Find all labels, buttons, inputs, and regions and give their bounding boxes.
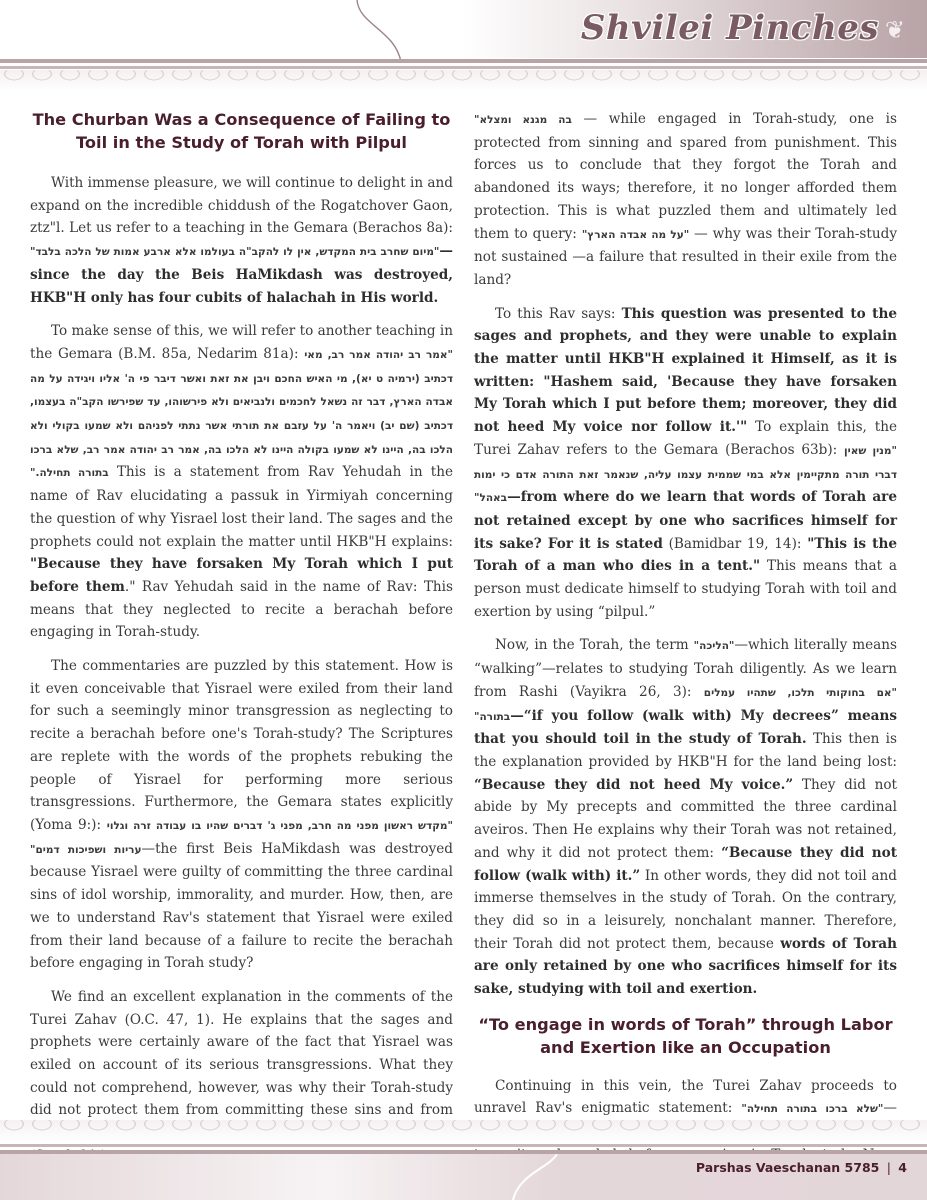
footer-curve-decoration <box>505 1154 565 1200</box>
right-column: בה מגנא ומצלא" — while engaged in Torah-… <box>474 100 897 1200</box>
body-text: — while engaged in Torah-study, one is p… <box>474 111 897 242</box>
ornamental-border <box>0 1120 927 1142</box>
body-text: With immense pleasure, we will continue … <box>30 175 453 236</box>
paragraph: To this Rav says: This question was pres… <box>474 303 897 624</box>
paragraph: With immense pleasure, we will continue … <box>30 172 453 309</box>
body-text: —the first Beis HaMikdash was destroyed … <box>30 841 453 972</box>
header-rule <box>0 59 927 63</box>
paragraph: בה מגנא ומצלא" — while engaged in Torah-… <box>474 108 897 292</box>
section-heading: The Churban Was a Consequence of Failing… <box>30 108 453 154</box>
hebrew-quote: "על מה אבדה הארץ" <box>582 229 689 241</box>
hebrew-quote: בה מגנא ומצלא" <box>474 114 572 126</box>
hebrew-quote: "הליכה" <box>694 640 735 652</box>
body-text: (Bamidbar 19, 14): <box>663 536 807 552</box>
paragraph: Now, in the Torah, the term "הליכה"—whic… <box>474 634 897 1000</box>
body-text: To this Rav says: <box>495 306 622 322</box>
header-curve-decoration <box>345 0 415 62</box>
body-text: The commentaries are puzzled by this sta… <box>30 658 453 833</box>
paragraph: The commentaries are puzzled by this sta… <box>30 655 453 975</box>
left-column: The Churban Was a Consequence of Failing… <box>30 100 453 1180</box>
page-footer: Parshas Vaeschanan 5785 | 4 <box>0 1120 927 1200</box>
paragraph: To make sense of this, we will refer to … <box>30 320 453 644</box>
section-heading: “To engage in words of Torah” through La… <box>474 1013 897 1059</box>
body-text: Now, in the Torah, the term <box>495 637 694 653</box>
page-header: ❧ Shvilei Pinches ❦ <box>0 0 927 100</box>
ornamental-border <box>0 70 927 92</box>
footer-rule <box>0 1144 927 1147</box>
page-number: 4 <box>898 1160 907 1175</box>
hebrew-quote: "מיום שחרב בית המקדש, אין לו להקב"ה בעול… <box>30 246 439 258</box>
scroll-ornament-icon: ❦ <box>885 16 905 44</box>
bold-text: “Because they did not heed My voice.” <box>474 777 793 793</box>
bold-text: This question was presented to the sages… <box>474 306 897 436</box>
hebrew-quote: "אמר רב יהודה אמר רב, מאי דכתיב (ירמיה ט… <box>30 349 453 480</box>
footer-issue-label: Parshas Vaeschanan 5785 | 4 <box>696 1160 907 1175</box>
issue-name: Parshas Vaeschanan 5785 <box>696 1160 879 1175</box>
separator: | <box>887 1160 891 1175</box>
publication-title: Shvilei Pinches <box>581 8 879 48</box>
header-rule <box>0 66 927 69</box>
hebrew-quote: "שלא ברכו בתורה תחילה" <box>741 1103 883 1115</box>
